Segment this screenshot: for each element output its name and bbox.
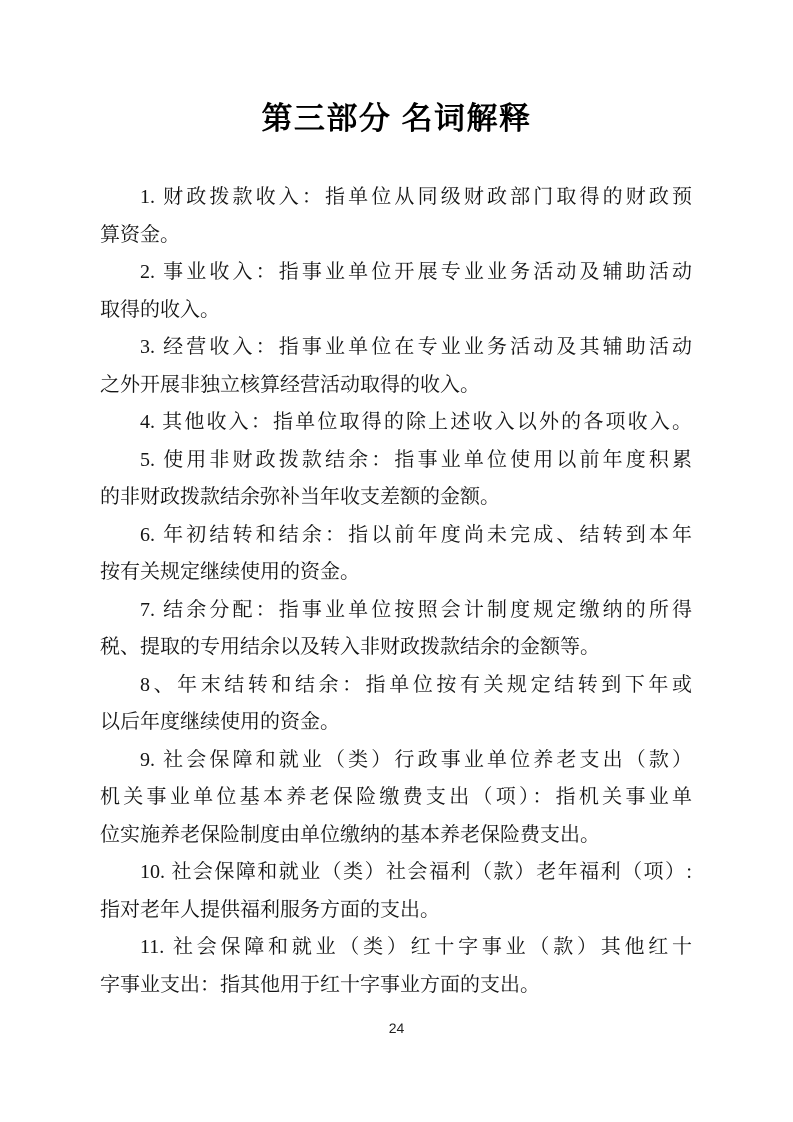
- definition-line: 2. 事业收入：指事业单位开展专业业务活动及辅助活动: [100, 254, 692, 292]
- definition-line: 以后年度继续使用的资金。: [100, 704, 692, 742]
- definition-paragraph: 7. 结余分配：指事业单位按照会计制度规定缴纳的所得税、提取的专用结余以及转入非…: [100, 592, 692, 667]
- definition-line: 的非财政拨款结余弥补当年收支差额的金额。: [100, 479, 692, 517]
- document-page: 第三部分 名词解释 1. 财政拨款收入：指单位从同级财政部门取得的财政预算资金。…: [0, 0, 793, 1122]
- definition-line: 1. 财政拨款收入：指单位从同级财政部门取得的财政预: [100, 179, 692, 217]
- definition-line: 8、年末结转和结余：指单位按有关规定结转到下年或: [100, 667, 692, 705]
- definition-paragraph: 1. 财政拨款收入：指单位从同级财政部门取得的财政预算资金。: [100, 179, 692, 254]
- definition-line: 10. 社会保障和就业（类）社会福利（款）老年福利（项）:: [100, 854, 692, 892]
- definition-line: 指对老年人提供福利服务方面的支出。: [100, 892, 692, 930]
- definition-paragraph: 10. 社会保障和就业（类）社会福利（款）老年福利（项）:指对老年人提供福利服务…: [100, 854, 692, 929]
- definition-line: 6. 年初结转和结余：指以前年度尚未完成、结转到本年: [100, 517, 692, 555]
- definition-line: 字事业支出：指其他用于红十字事业方面的支出。: [100, 967, 692, 1005]
- definitions: 1. 财政拨款收入：指单位从同级财政部门取得的财政预算资金。2. 事业收入：指事…: [100, 179, 692, 1004]
- definition-paragraph: 2. 事业收入：指事业单位开展专业业务活动及辅助活动取得的收入。: [100, 254, 692, 329]
- definition-line: 税、提取的专用结余以及转入非财政拨款结余的金额等。: [100, 629, 692, 667]
- definition-line: 4. 其他收入：指单位取得的除上述收入以外的各项收入。: [100, 404, 692, 442]
- page-title: 第三部分 名词解释: [0, 93, 793, 138]
- definition-line: 算资金。: [100, 217, 692, 255]
- definition-line: 按有关规定继续使用的资金。: [100, 554, 692, 592]
- definition-line: 取得的收入。: [100, 292, 692, 330]
- definition-paragraph: 9. 社会保障和就业（类）行政事业单位养老支出（款）机关事业单位基本养老保险缴费…: [100, 742, 692, 855]
- definition-paragraph: 4. 其他收入：指单位取得的除上述收入以外的各项收入。: [100, 404, 692, 442]
- page-number: 24: [0, 1020, 793, 1036]
- definition-line: 9. 社会保障和就业（类）行政事业单位养老支出（款）: [100, 742, 692, 780]
- definition-paragraph: 8、年末结转和结余：指单位按有关规定结转到下年或以后年度继续使用的资金。: [100, 667, 692, 742]
- definition-line: 5. 使用非财政拨款结余：指事业单位使用以前年度积累: [100, 442, 692, 480]
- definition-line: 7. 结余分配：指事业单位按照会计制度规定缴纳的所得: [100, 592, 692, 630]
- definition-line: 11. 社会保障和就业（类）红十字事业（款）其他红十: [100, 929, 692, 967]
- definition-line: 之外开展非独立核算经营活动取得的收入。: [100, 367, 692, 405]
- definition-line: 位实施养老保险制度由单位缴纳的基本养老保险费支出。: [100, 817, 692, 855]
- definition-paragraph: 6. 年初结转和结余：指以前年度尚未完成、结转到本年按有关规定继续使用的资金。: [100, 517, 692, 592]
- definition-paragraph: 3. 经营收入：指事业单位在专业业务活动及其辅助活动之外开展非独立核算经营活动取…: [100, 329, 692, 404]
- definition-line: 机关事业单位基本养老保险缴费支出（项）：指机关事业单: [100, 779, 692, 817]
- definition-paragraph: 5. 使用非财政拨款结余：指事业单位使用以前年度积累的非财政拨款结余弥补当年收支…: [100, 442, 692, 517]
- definition-line: 3. 经营收入：指事业单位在专业业务活动及其辅助活动: [100, 329, 692, 367]
- definition-paragraph: 11. 社会保障和就业（类）红十字事业（款）其他红十字事业支出：指其他用于红十字…: [100, 929, 692, 1004]
